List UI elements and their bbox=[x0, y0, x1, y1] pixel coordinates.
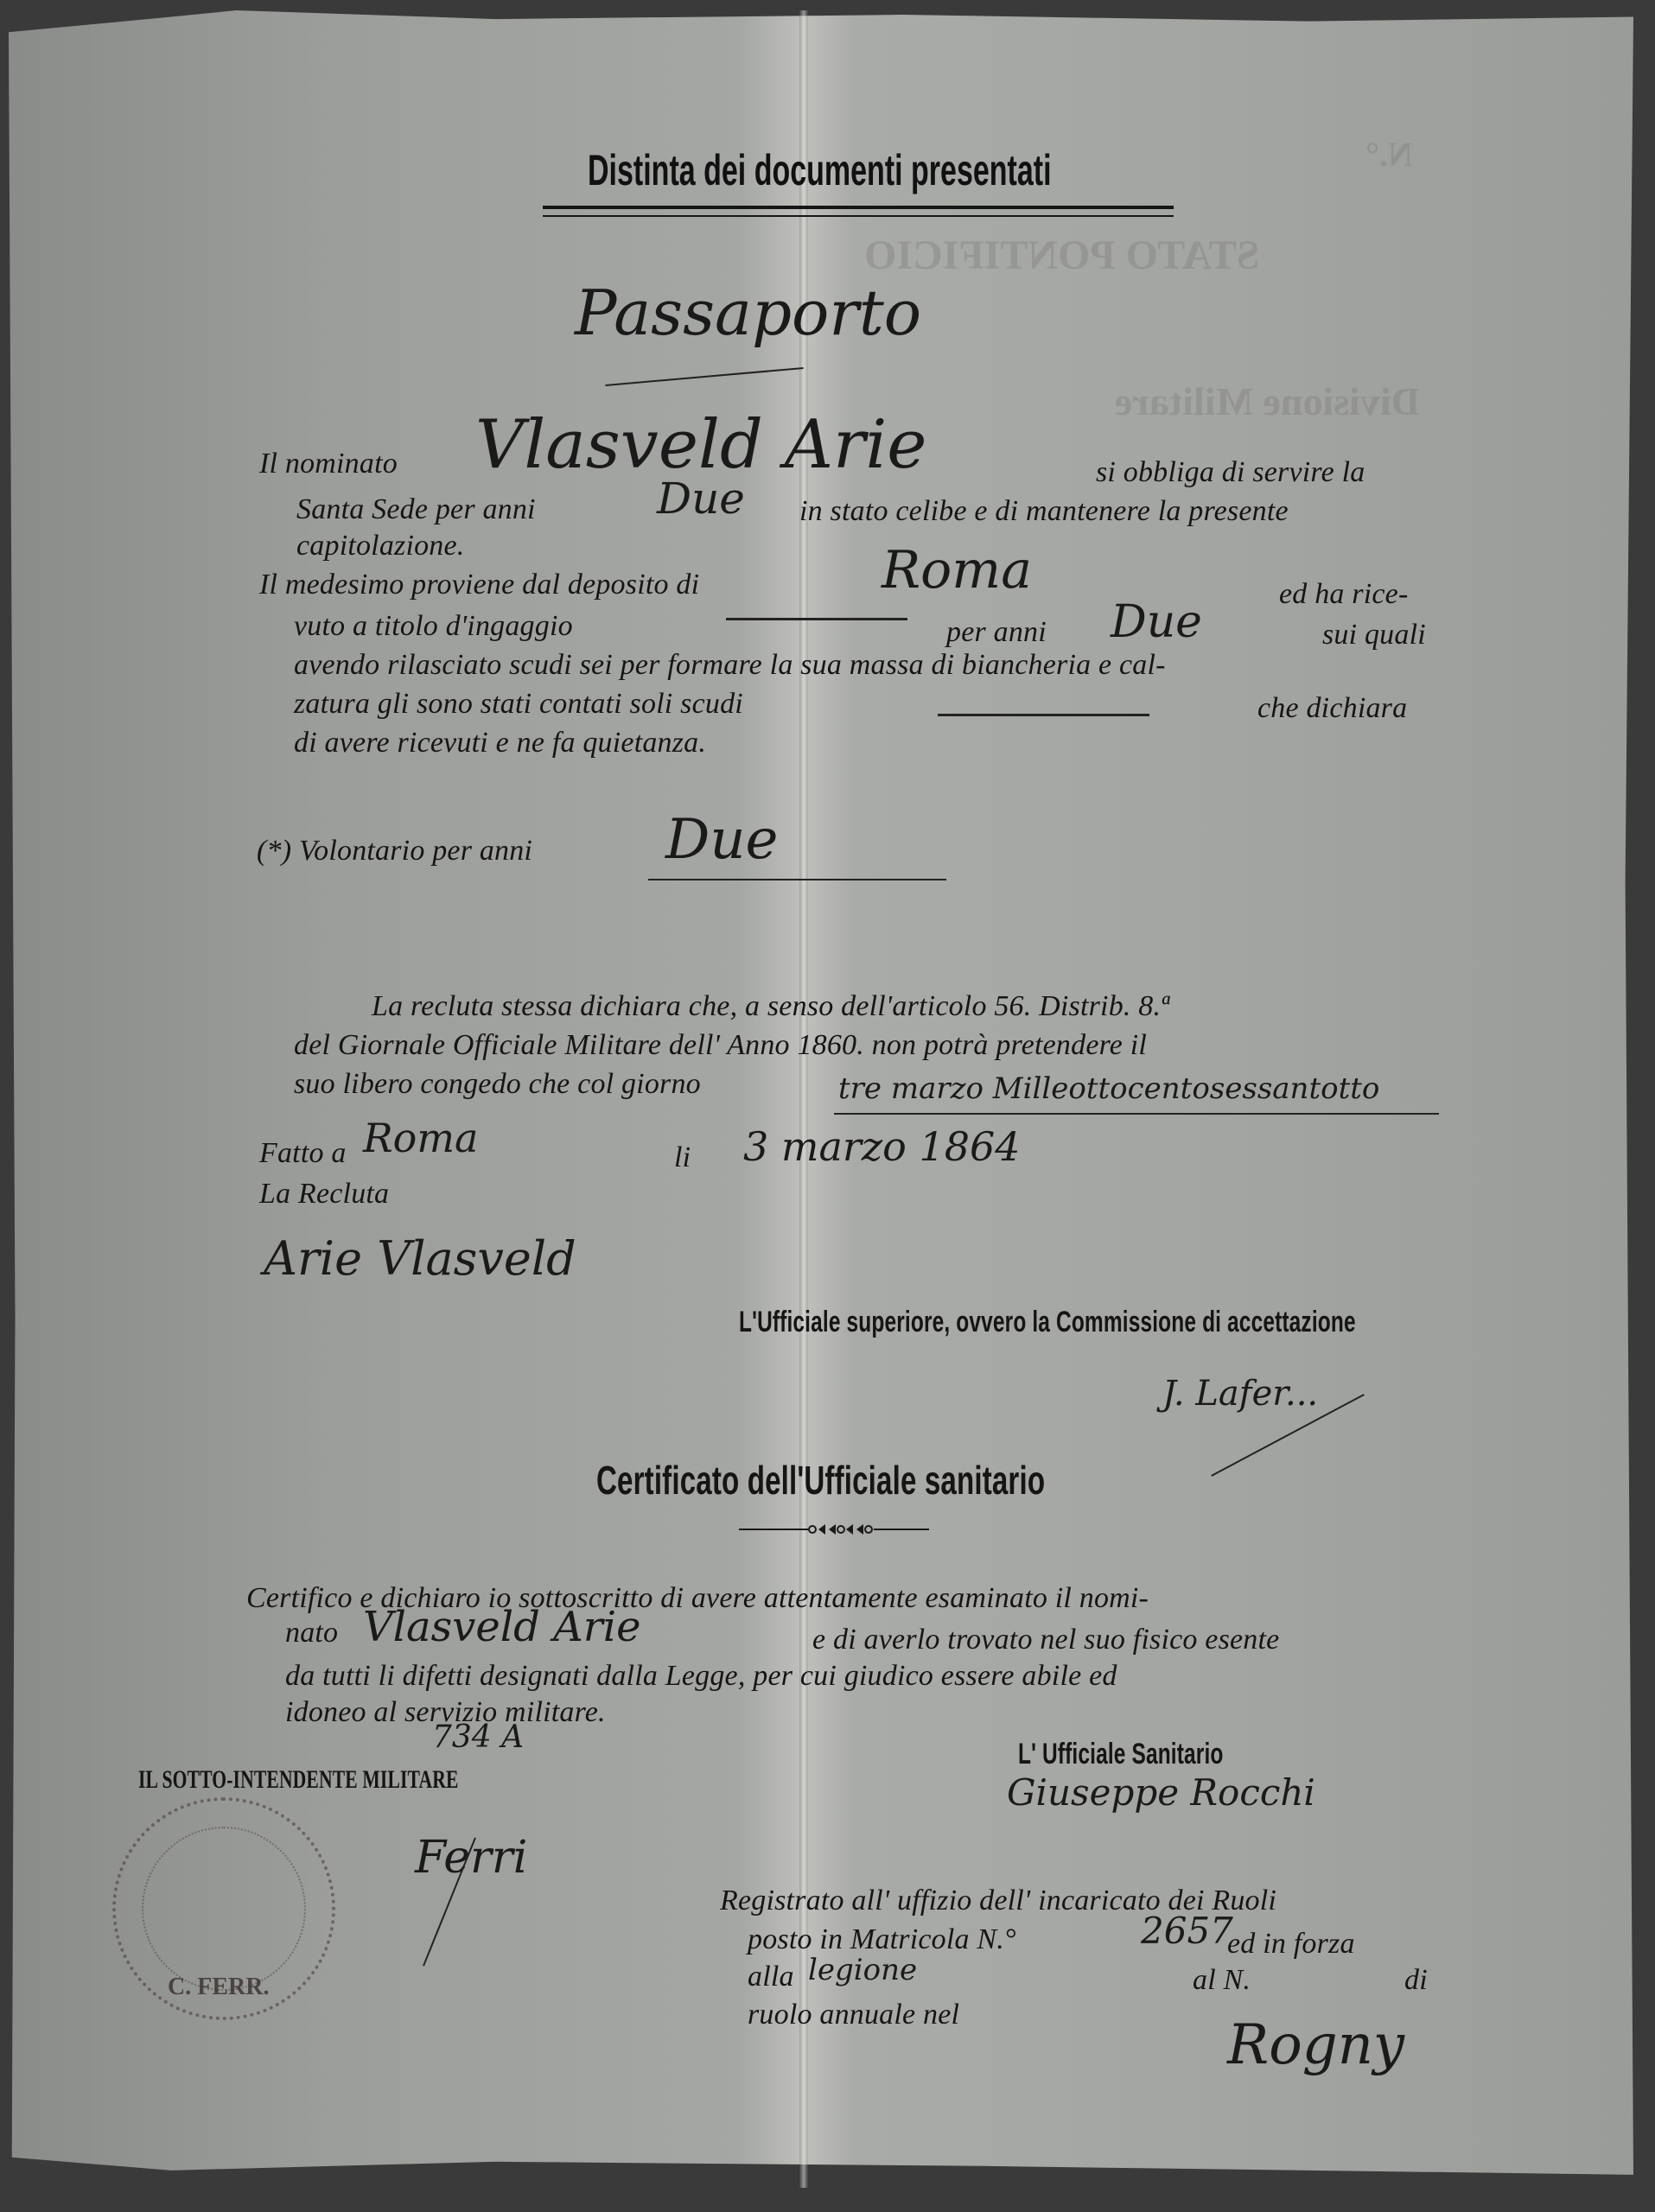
volontario-underline bbox=[648, 879, 946, 880]
certificato-line-2-suffix: e di averlo trovato nel suo fisico esent… bbox=[812, 1623, 1279, 1657]
ingaggio-middle: per anni bbox=[946, 615, 1047, 650]
registrazione-line-4: ruolo annuale nel bbox=[748, 1998, 959, 2032]
stamp-inner-ring bbox=[142, 1827, 306, 1991]
declaration-line-1: La recluta stessa dichiara che, a senso … bbox=[372, 989, 1169, 1024]
reparto-value: legione bbox=[808, 1953, 917, 1987]
declaration-line-2: del Giornale Officiale Militare dell' An… bbox=[294, 1028, 1147, 1063]
ufficiale-sanitario-label: L' Ufficiale Sanitario bbox=[1018, 1737, 1224, 1771]
certificato-title: Certificato dell'Ufficiale sanitario bbox=[596, 1456, 1045, 1504]
recluta-signature: Arie Vlasveld bbox=[264, 1231, 576, 1286]
title-underline bbox=[543, 206, 1174, 217]
deposito-prefix: Il medesimo proviene dal deposito di bbox=[259, 568, 699, 602]
nominato-name: Vlasveld Arie bbox=[475, 406, 926, 484]
registrazione-signature: Rogny bbox=[1227, 2013, 1404, 2077]
official-stamp: C. FERR. bbox=[112, 1797, 335, 2020]
massa-text: avendo rilasciato scudi sei per formare … bbox=[294, 648, 1166, 683]
fatto-li: li bbox=[674, 1141, 691, 1175]
fatto-date: 3 marzo 1864 bbox=[743, 1123, 1021, 1170]
registrazione-line-3-prefix: alla bbox=[748, 1960, 794, 1994]
scudi-suffix: che dichiara bbox=[1257, 691, 1407, 726]
ingaggio-anni-value: Due bbox=[1111, 596, 1202, 648]
quietanza-text: di avere ricevuti e ne fa quietanza. bbox=[294, 726, 706, 760]
commissione-label: L'Ufficiale superiore, ovvero la Commiss… bbox=[739, 1305, 1356, 1339]
bleed-through-divisione: Divisione Militare bbox=[1115, 378, 1420, 424]
capitolazione-text: capitolazione. bbox=[296, 529, 465, 563]
deposito-value: Roma bbox=[882, 540, 1032, 601]
certificato-line-2-prefix: nato bbox=[285, 1616, 338, 1650]
ingaggio-suffix: sui quali bbox=[1322, 618, 1426, 652]
scudi-prefix: zatura gli sono stati contati soli scudi bbox=[294, 687, 743, 721]
recluta-label: La Recluta bbox=[259, 1177, 389, 1211]
sotto-intendente-label: IL SOTTO-INTENDENTE MILITARE bbox=[138, 1763, 459, 1797]
bleed-through-stato: STATO PONTIFICIO bbox=[864, 232, 1259, 279]
registrazione-line-3-middle: al N. bbox=[1193, 1963, 1251, 1998]
anni-servizio-value: Due bbox=[657, 474, 745, 524]
registrazione-line-3-suffix: di bbox=[1404, 1963, 1428, 1998]
volontario-value: Due bbox=[665, 808, 778, 872]
declaration-line-3-prefix: suo libero congedo che col giorno bbox=[294, 1067, 701, 1102]
bleed-through-number-mark: N.° bbox=[1365, 134, 1413, 175]
deposito-suffix: ed ha rice- bbox=[1279, 577, 1408, 612]
sotto-intendente-signature: Ferri bbox=[415, 1832, 527, 1884]
scudi-blank-line bbox=[938, 714, 1149, 716]
number-annotation: 734 A bbox=[432, 1719, 524, 1755]
ufficiale-sanitario-signature: Giuseppe Rocchi bbox=[1007, 1771, 1315, 1814]
certificato-name: Vlasveld Arie bbox=[363, 1603, 641, 1651]
santa-sede-suffix: in stato celibe e di mantenere la presen… bbox=[799, 494, 1289, 529]
fatto-label: Fatto a bbox=[259, 1136, 347, 1171]
congedo-underline bbox=[834, 1113, 1439, 1115]
registrazione-line-2-suffix: ed in forza bbox=[1227, 1927, 1355, 1961]
stamp-text: C. FERR. bbox=[168, 1974, 269, 2001]
congedo-date-value: tre marzo Milleottocentosessantotto bbox=[838, 1071, 1379, 1106]
obbliga-text: si obbliga di servire la bbox=[1096, 455, 1365, 490]
ingaggio-prefix: vuto a titolo d'ingaggio bbox=[294, 609, 573, 644]
nominato-label: Il nominato bbox=[259, 447, 398, 481]
document-title: Distinta dei documenti presentati bbox=[588, 145, 1052, 195]
registrazione-line-2-prefix: posto in Matricola N.° bbox=[748, 1923, 1016, 1957]
fatto-place: Roma bbox=[363, 1115, 478, 1161]
ornament-divider-icon bbox=[739, 1521, 929, 1538]
matricola-value: 2657 bbox=[1141, 1910, 1233, 1952]
passaporto-annotation: Passaporto bbox=[575, 276, 921, 349]
commissione-signature: J. Lafer... bbox=[1162, 1374, 1318, 1414]
certificato-line-3: da tutti li difetti designati dalla Legg… bbox=[285, 1659, 1117, 1694]
volontario-label: (*) Volontario per anni bbox=[257, 834, 532, 868]
santa-sede-prefix: Santa Sede per anni bbox=[296, 493, 536, 527]
ingaggio-blank-line bbox=[726, 618, 907, 620]
